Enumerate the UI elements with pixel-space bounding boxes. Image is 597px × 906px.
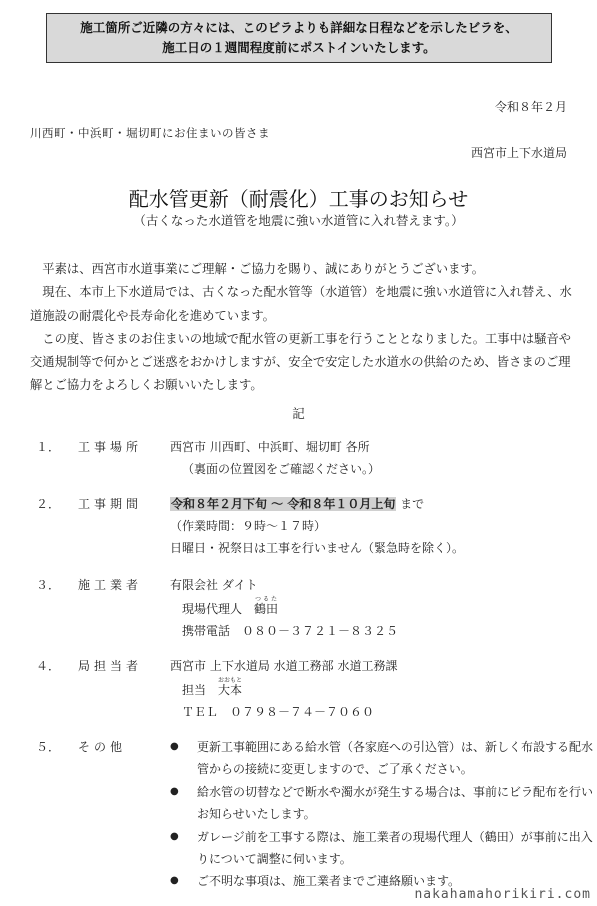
staff-label: 担当 (182, 683, 218, 697)
bureau-tel: ＴＥＬ ０７９８－７４－７０６０ (170, 701, 590, 723)
intro-paragraph-2: 現在、本市上下水道局では、古くなった配水管等（水道管）を地震に強い水道管に入れ替… (30, 281, 575, 328)
page-title: 配水管更新（耐震化）工事のお知らせ (0, 183, 597, 212)
period-hours: （作業時間：９時～１７時） (170, 515, 590, 537)
item-label: その他 (78, 736, 173, 758)
intro-body: 平素は、西宮市水道事業にご理解・ご協力を賜り、誠にありがとうございます。 現在、… (30, 258, 575, 398)
item-number: ２． (36, 493, 66, 515)
period-suffix: まで (396, 497, 424, 511)
contractor-phone: ０８０－３７２１－８３２５ (242, 624, 398, 638)
item-label: 施工業者 (78, 574, 173, 596)
staff-name: 大本おおもと (218, 683, 242, 697)
page-subtitle: （古くなった水道管を地震に強い水道管に入れ替えます。） (0, 211, 597, 229)
period-highlight: 令和８年２月下旬 ～ 令和８年１０月上旬 (170, 497, 396, 511)
agent-name: 鶴田つるた (254, 602, 278, 616)
bureau-dept: 西宮市 上下水道局 水道工務部 水道工務課 (170, 655, 590, 677)
location-line-1: 西宮市 川西町、中浜町、堀切町 各所 (170, 436, 590, 458)
item-label: 局担当者 (78, 655, 173, 677)
item-label: 工事場所 (78, 436, 173, 458)
contractor-company: 有限会社 ダイト (170, 574, 590, 596)
bullet-icon: ● (170, 826, 179, 848)
bullet-icon: ● (170, 870, 179, 892)
addressee: 川西町・中浜町・堀切町にお住まいの皆さま (30, 125, 270, 141)
notice-line-1: 施工箇所ご近隣の方々には、このビラよりも詳細な日程などを示したビラを、 (47, 18, 551, 38)
item-number: ３． (36, 574, 66, 596)
period-note: 日曜日・祝祭日は工事を行いません（緊急時を除く）。 (170, 537, 590, 559)
item-label: 工事期間 (78, 493, 173, 515)
notice-box: 施工箇所ご近隣の方々には、このビラよりも詳細な日程などを示したビラを、 施工日の… (46, 13, 552, 63)
agent-label: 現場代理人 (182, 602, 254, 616)
watermark: nakahamahorikiri.com (414, 887, 591, 902)
item-number: ４． (36, 655, 66, 677)
bullet-icon: ● (170, 781, 179, 803)
phone-label: 携帯電話 (182, 624, 242, 638)
intro-paragraph-1: 平素は、西宮市水道事業にご理解・ご協力を賜り、誠にありがとうございます。 (30, 258, 575, 281)
item-number: １． (36, 436, 66, 458)
notice-line-2: 施工日の１週間程度前にポストインいたします。 (47, 38, 551, 58)
ki-heading: 記 (0, 404, 597, 422)
intro-paragraph-3: この度、皆さまのお住まいの地域で配水管の更新工事を行うこととなりました。工事中は… (30, 328, 575, 398)
item-number: ５． (36, 736, 66, 758)
issuer: 西宮市上下水道局 (471, 144, 567, 161)
location-line-2: （裏面の位置図をご確認ください。） (170, 458, 590, 480)
bullet-icon: ● (170, 736, 179, 758)
issue-date: 令和８年２月 (495, 98, 567, 115)
